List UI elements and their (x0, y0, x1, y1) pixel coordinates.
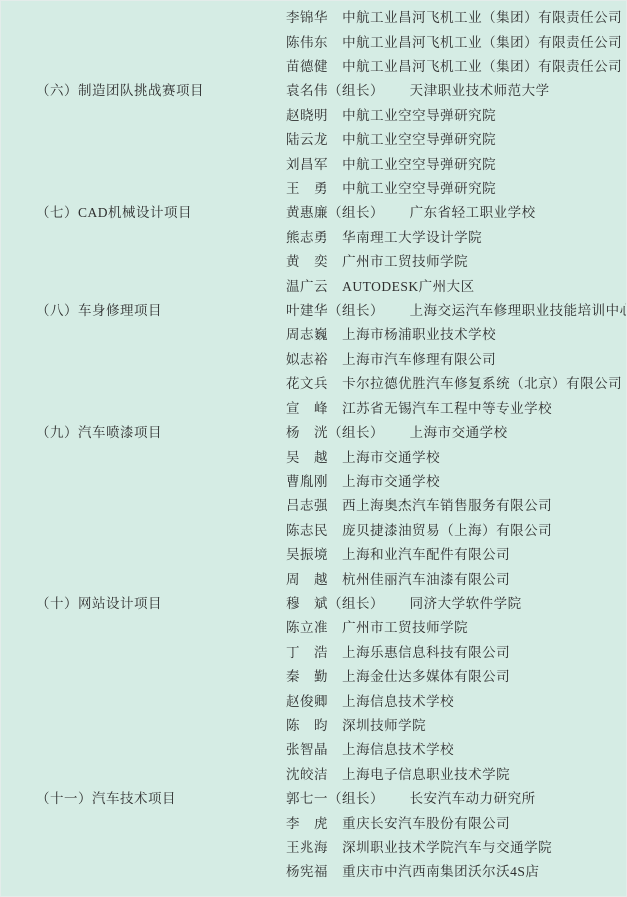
roster-entry: 苗德健中航工业昌河飞机工业（集团）有限责任公司 (286, 55, 622, 75)
member-organization: 上海市交通学校 (410, 425, 508, 440)
roster-entry: 吕志强西上海奥杰汽车销售服务有限公司 (286, 494, 552, 514)
roster-row: 赵晓明中航工业空空导弹研究院 (1, 102, 626, 126)
roster-entry: 李 虎重庆长安汽车股份有限公司 (286, 812, 510, 832)
member-organization: 中航工业昌河飞机工业（集团）有限责任公司 (342, 10, 622, 25)
roster-row: 周 越杭州佳丽汽车油漆有限公司 (1, 565, 626, 589)
roster-row: 苗德健中航工业昌河飞机工业（集团）有限责任公司 (1, 53, 626, 77)
member-name: 花文兵 (286, 376, 328, 391)
member-organization: 上海市汽车修理有限公司 (342, 352, 496, 367)
roster-row: 陈立准广州市工贸技师学院 (1, 614, 626, 638)
member-name: 陈伟东 (286, 35, 328, 50)
roster-entry: 袁名伟（组长）天津职业技术师范大学 (286, 79, 550, 99)
member-name: 吕志强 (286, 498, 328, 513)
member-name: 陈 昀 (286, 718, 328, 733)
roster-entry: 丁 浩上海乐惠信息科技有限公司 (286, 641, 510, 661)
member-name: 李 虎 (286, 816, 328, 831)
member-organization: 上海和业汽车配件有限公司 (342, 547, 510, 562)
member-name: 曹胤刚 (286, 474, 328, 489)
roster-entry: 陈志民庞贝捷漆油贸易（上海）有限公司 (286, 519, 552, 539)
roster-row: 花文兵卡尔拉德优胜汽车修复系统（北京）有限公司 (1, 370, 626, 394)
roster-entry: 李锦华中航工业昌河飞机工业（集团）有限责任公司 (286, 6, 622, 26)
roster-entry: 王 勇中航工业空空导弹研究院 (286, 177, 496, 197)
member-name: 陈志民 (286, 523, 328, 538)
member-organization: 天津职业技术师范大学 (410, 83, 550, 98)
roster-row: （七）CAD机械设计项目黄惠廉（组长）广东省轻工职业学校 (1, 199, 626, 223)
member-name: 宣 峰 (286, 401, 328, 416)
member-organization: 中航工业空空导弹研究院 (342, 132, 496, 147)
member-name: 张智晶 (286, 742, 328, 757)
roster-row: 吕志强西上海奥杰汽车销售服务有限公司 (1, 492, 626, 516)
member-organization: 中航工业空空导弹研究院 (342, 157, 496, 172)
member-organization: 广州市工贸技师学院 (342, 254, 468, 269)
roster-entry: 沈皎洁上海电子信息职业技术学院 (286, 763, 510, 783)
roster-entry: 黄惠廉（组长）广东省轻工职业学校 (286, 201, 536, 221)
member-name: 李锦华 (286, 10, 328, 25)
member-name: 袁名伟（组长） (286, 83, 384, 98)
project-category-label: （六）制造团队挑战赛项目 (1, 79, 286, 99)
roster-entry: 熊志勇华南理工大学设计学院 (286, 226, 482, 246)
roster-entry: 郭七一（组长）长安汽车动力研究所 (286, 787, 536, 807)
roster-rows: 李锦华中航工业昌河飞机工业（集团）有限责任公司陈伟东中航工业昌河飞机工业（集团）… (1, 4, 626, 883)
member-name: 王 勇 (286, 181, 328, 196)
member-organization: 西上海奥杰汽车销售服务有限公司 (342, 498, 552, 513)
member-name: 周志巍 (286, 327, 328, 342)
member-organization: 杭州佳丽汽车油漆有限公司 (342, 572, 510, 587)
member-organization: 重庆市中汽西南集团沃尔沃4S店 (342, 864, 539, 879)
member-organization: 长安汽车动力研究所 (410, 791, 536, 806)
roster-row: （十）网站设计项目穆 斌（组长）同济大学软件学院 (1, 590, 626, 614)
roster-entry: 张智晶上海信息技术学校 (286, 738, 454, 758)
roster-row: 陆云龙中航工业空空导弹研究院 (1, 126, 626, 150)
roster-row: 秦 勤上海金仕达多媒体有限公司 (1, 663, 626, 687)
roster-row: 沈皎洁上海电子信息职业技术学院 (1, 761, 626, 785)
member-organization: 深圳技师学院 (342, 718, 426, 733)
roster-row: 熊志勇华南理工大学设计学院 (1, 224, 626, 248)
roster-row: 刘昌军中航工业空空导弹研究院 (1, 150, 626, 174)
member-organization: 上海信息技术学校 (342, 742, 454, 757)
roster-row: 赵俊卿上海信息技术学校 (1, 687, 626, 711)
member-organization: 上海电子信息职业技术学院 (342, 767, 510, 782)
roster-entry: 杨宪福重庆市中汽西南集团沃尔沃4S店 (286, 860, 539, 880)
roster-entry: 温广云AUTODESK广州大区 (286, 275, 475, 295)
member-organization: 深圳职业技术学院汽车与交通学院 (342, 840, 552, 855)
member-organization: 上海交运汽车修理职业技能培训中心 (410, 303, 627, 318)
roster-entry: 黄 奕广州市工贸技师学院 (286, 250, 468, 270)
project-category-label: （九）汽车喷漆项目 (1, 421, 286, 441)
member-organization: AUTODESK广州大区 (342, 279, 475, 294)
roster-row: 陈伟东中航工业昌河飞机工业（集团）有限责任公司 (1, 28, 626, 52)
roster-entry: 曹胤刚上海市交通学校 (286, 470, 440, 490)
roster-entry: 花文兵卡尔拉德优胜汽车修复系统（北京）有限公司 (286, 372, 622, 392)
roster-row: 黄 奕广州市工贸技师学院 (1, 248, 626, 272)
roster-entry: 宣 峰江苏省无锡汽车工程中等专业学校 (286, 397, 552, 417)
roster-row: 陈志民庞贝捷漆油贸易（上海）有限公司 (1, 517, 626, 541)
member-organization: 中航工业昌河飞机工业（集团）有限责任公司 (342, 59, 622, 74)
roster-row: 杨宪福重庆市中汽西南集团沃尔沃4S店 (1, 858, 626, 882)
member-name: 杨宪福 (286, 864, 328, 879)
member-name: 吴振境 (286, 547, 328, 562)
roster-row: 张智晶上海信息技术学校 (1, 736, 626, 760)
member-name: 王兆海 (286, 840, 328, 855)
roster-row: （十一）汽车技术项目郭七一（组长）长安汽车动力研究所 (1, 785, 626, 809)
member-name: 陆云龙 (286, 132, 328, 147)
member-name: 赵晓明 (286, 108, 328, 123)
member-name: 穆 斌（组长） (286, 596, 384, 611)
member-organization: 上海信息技术学校 (342, 694, 454, 709)
member-name: 刘昌军 (286, 157, 328, 172)
roster-row: 王兆海深圳职业技术学院汽车与交通学院 (1, 834, 626, 858)
roster-entry: 赵俊卿上海信息技术学校 (286, 690, 454, 710)
member-name: 丁 浩 (286, 645, 328, 660)
member-name: 黄 奕 (286, 254, 328, 269)
member-organization: 同济大学软件学院 (410, 596, 522, 611)
roster-entry: 吴振境上海和业汽车配件有限公司 (286, 543, 510, 563)
roster-row: 李锦华中航工业昌河飞机工业（集团）有限责任公司 (1, 4, 626, 28)
member-organization: 上海市交通学校 (342, 450, 440, 465)
roster-row: 周志巍上海市杨浦职业技术学校 (1, 321, 626, 345)
document-page: 李锦华中航工业昌河飞机工业（集团）有限责任公司陈伟东中航工业昌河飞机工业（集团）… (1, 1, 626, 896)
member-name: 黄惠廉（组长） (286, 205, 384, 220)
member-organization: 广东省轻工职业学校 (410, 205, 536, 220)
roster-entry: 穆 斌（组长）同济大学软件学院 (286, 592, 522, 612)
member-organization: 庞贝捷漆油贸易（上海）有限公司 (342, 523, 552, 538)
member-organization: 中航工业昌河飞机工业（集团）有限责任公司 (342, 35, 622, 50)
roster-entry: 姒志裕上海市汽车修理有限公司 (286, 348, 496, 368)
member-organization: 中航工业空空导弹研究院 (342, 108, 496, 123)
roster-row: 李 虎重庆长安汽车股份有限公司 (1, 809, 626, 833)
roster-entry: 刘昌军中航工业空空导弹研究院 (286, 153, 496, 173)
roster-row: （八）车身修理项目叶建华（组长）上海交运汽车修理职业技能培训中心 (1, 297, 626, 321)
roster-row: 吴振境上海和业汽车配件有限公司 (1, 541, 626, 565)
member-name: 周 越 (286, 572, 328, 587)
member-organization: 卡尔拉德优胜汽车修复系统（北京）有限公司 (342, 376, 622, 391)
roster-row: 曹胤刚上海市交通学校 (1, 468, 626, 492)
member-name: 姒志裕 (286, 352, 328, 367)
member-organization: 中航工业空空导弹研究院 (342, 181, 496, 196)
member-name: 温广云 (286, 279, 328, 294)
roster-entry: 陈伟东中航工业昌河飞机工业（集团）有限责任公司 (286, 31, 622, 51)
member-name: 秦 勤 (286, 669, 328, 684)
roster-entry: 周 越杭州佳丽汽车油漆有限公司 (286, 568, 510, 588)
roster-entry: 周志巍上海市杨浦职业技术学校 (286, 323, 496, 343)
member-name: 陈立准 (286, 620, 328, 635)
roster-row: （九）汽车喷漆项目杨 洸（组长）上海市交通学校 (1, 419, 626, 443)
roster-entry: 秦 勤上海金仕达多媒体有限公司 (286, 665, 510, 685)
member-organization: 上海市杨浦职业技术学校 (342, 327, 496, 342)
member-organization: 上海乐惠信息科技有限公司 (342, 645, 510, 660)
roster-entry: 吴 越上海市交通学校 (286, 446, 440, 466)
roster-entry: 王兆海深圳职业技术学院汽车与交通学院 (286, 836, 552, 856)
roster-row: （六）制造团队挑战赛项目袁名伟（组长）天津职业技术师范大学 (1, 77, 626, 101)
roster-row: 陈 昀深圳技师学院 (1, 712, 626, 736)
member-organization: 上海金仕达多媒体有限公司 (342, 669, 510, 684)
project-category-label: （十一）汽车技术项目 (1, 787, 286, 807)
member-organization: 广州市工贸技师学院 (342, 620, 468, 635)
roster-entry: 陈 昀深圳技师学院 (286, 714, 426, 734)
member-organization: 华南理工大学设计学院 (342, 230, 482, 245)
roster-row: 宣 峰江苏省无锡汽车工程中等专业学校 (1, 395, 626, 419)
member-name: 熊志勇 (286, 230, 328, 245)
roster-row: 丁 浩上海乐惠信息科技有限公司 (1, 639, 626, 663)
roster-entry: 陈立准广州市工贸技师学院 (286, 616, 468, 636)
member-name: 杨 洸（组长） (286, 425, 384, 440)
member-name: 沈皎洁 (286, 767, 328, 782)
project-category-label: （十）网站设计项目 (1, 592, 286, 612)
roster-row: 姒志裕上海市汽车修理有限公司 (1, 346, 626, 370)
member-name: 吴 越 (286, 450, 328, 465)
roster-entry: 杨 洸（组长）上海市交通学校 (286, 421, 508, 441)
roster-row: 温广云AUTODESK广州大区 (1, 272, 626, 296)
member-name: 叶建华（组长） (286, 303, 384, 318)
roster-row: 王 勇中航工业空空导弹研究院 (1, 175, 626, 199)
member-organization: 重庆长安汽车股份有限公司 (342, 816, 510, 831)
member-name: 赵俊卿 (286, 694, 328, 709)
roster-entry: 赵晓明中航工业空空导弹研究院 (286, 104, 496, 124)
roster-entry: 陆云龙中航工业空空导弹研究院 (286, 128, 496, 148)
member-organization: 江苏省无锡汽车工程中等专业学校 (342, 401, 552, 416)
roster-entry: 叶建华（组长）上海交运汽车修理职业技能培训中心 (286, 299, 627, 319)
roster-row: 吴 越上海市交通学校 (1, 443, 626, 467)
member-organization: 上海市交通学校 (342, 474, 440, 489)
member-name: 苗德健 (286, 59, 328, 74)
project-category-label: （八）车身修理项目 (1, 299, 286, 319)
project-category-label: （七）CAD机械设计项目 (1, 201, 286, 221)
member-name: 郭七一（组长） (286, 791, 384, 806)
